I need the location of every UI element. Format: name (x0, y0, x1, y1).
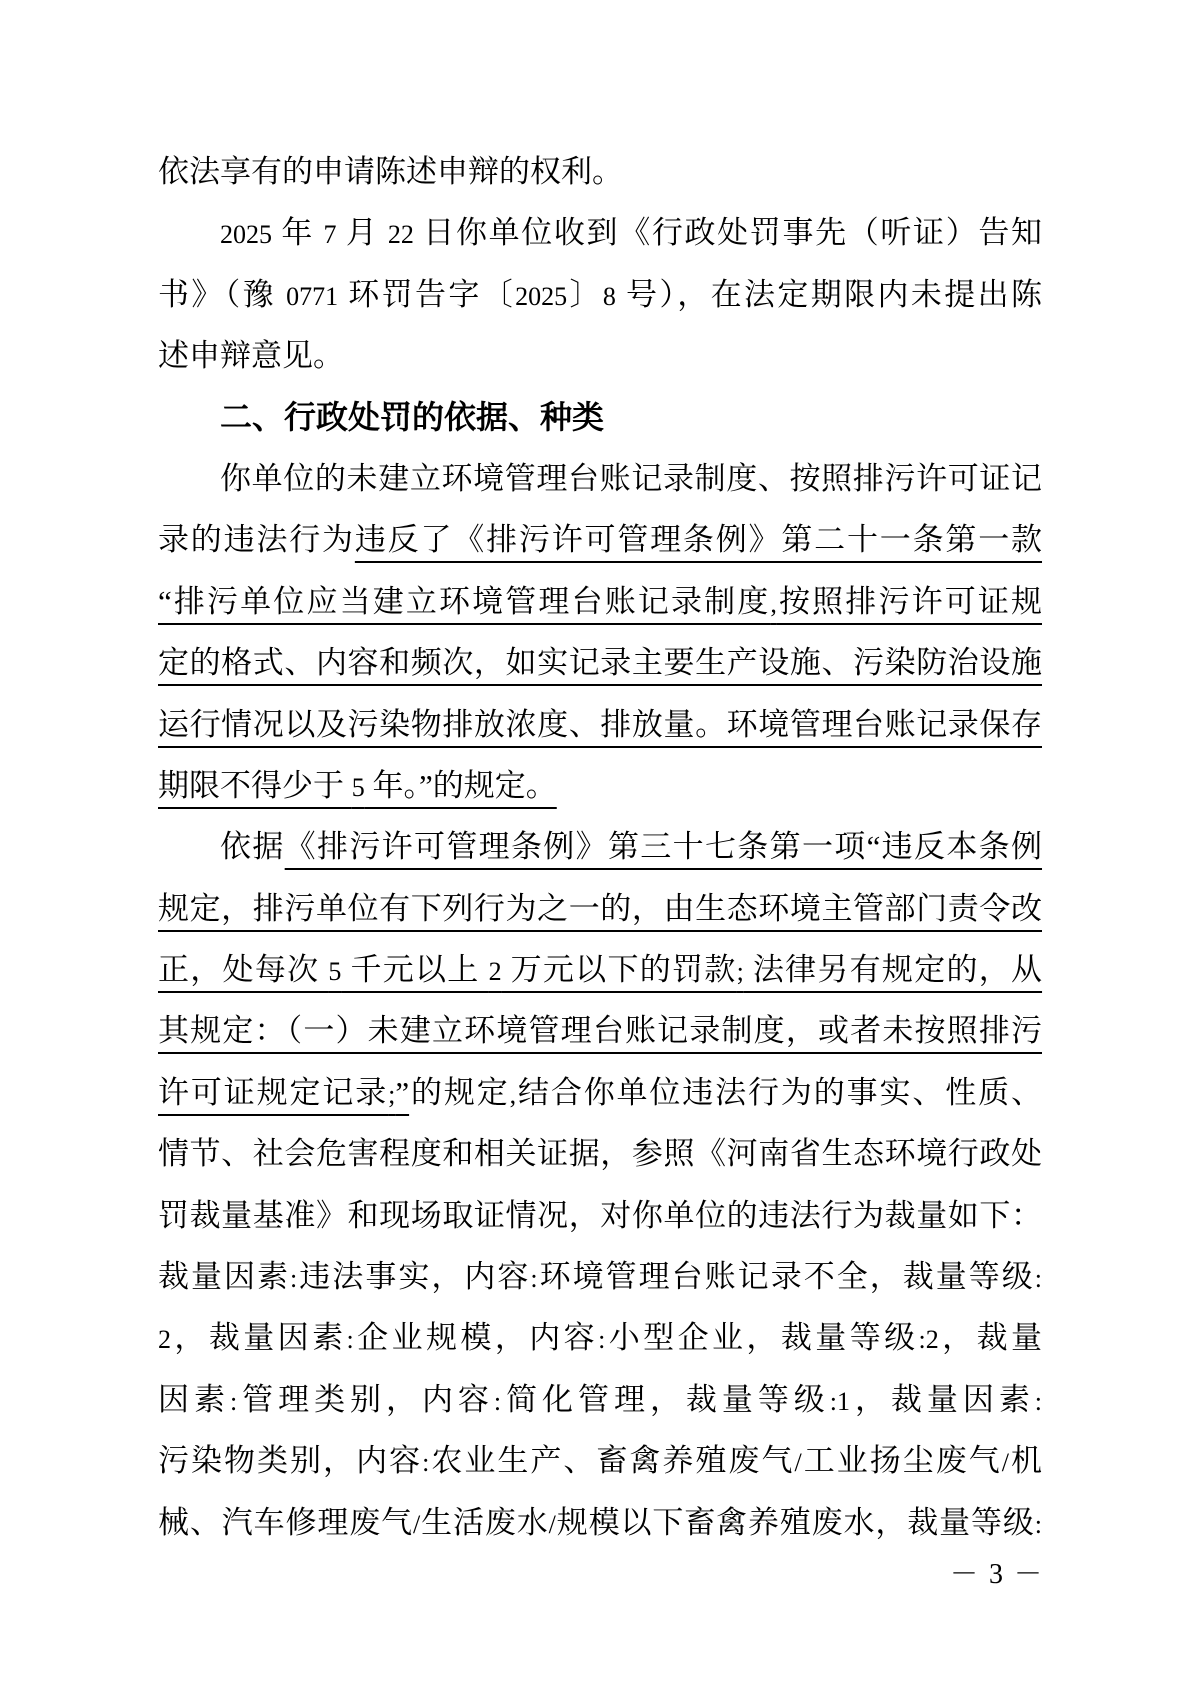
latin-text: : (494, 1387, 501, 1416)
text-line: 2，裁量因素:企业规模，内容:小型企业，裁量等级:2，裁量 (158, 1307, 1042, 1368)
underlined-text-run: 违反了《排污许可管理条例》第二十一条第一款 (355, 522, 1042, 557)
text-run: 污染物类别，内容:农业生产、畜禽养殖废气/工业扬尘废气/机 (158, 1443, 1042, 1478)
document-content: 依法享有的申请陈述申辩的权利。2025 年 7 月 22 日你单位收到《行政处罚… (158, 141, 1042, 1553)
latin-text: : (1035, 1264, 1042, 1293)
text-run: 2，裁量因素:企业规模，内容:小型企业，裁量等级:2，裁量 (158, 1320, 1042, 1355)
text-run: 你单位的未建立环境管理台账记录制度、按照排污许可证记 (220, 461, 1042, 496)
text-line: 情节、社会危害程度和相关证据，参照《河南省生态环境行政处 (158, 1123, 1042, 1184)
latin-text: : (422, 1448, 429, 1477)
latin-text: : (230, 1387, 237, 1416)
text-run: 因素:管理类别，内容:简化管理，裁量等级:1，裁量因素: (158, 1382, 1042, 1417)
text-line: 罚裁量基准》和现场取证情况，对你单位的违法行为裁量如下： (158, 1185, 1042, 1246)
latin-text: 2 (158, 1325, 171, 1354)
latin-text: 8 (603, 282, 616, 311)
text-line: 运行情况以及污染物排放浓度、排放量。环境管理台账记录保存 (158, 694, 1042, 755)
latin-text: 7 (323, 220, 336, 249)
text-line: 裁量因素:违法事实，内容:环境管理台账记录不全，裁量等级: (158, 1246, 1042, 1307)
text-line: 许可证规定记录;”的规定,结合你单位违法行为的事实、性质、 (158, 1062, 1042, 1123)
latin-text: 22 (388, 220, 414, 249)
text-run: 二、行政处罚的依据、种类 (220, 399, 604, 435)
underlined-text-run: 许可证规定记录;” (158, 1075, 409, 1110)
text-line: 械、汽车修理废气/生活废水/规模以下畜禽养殖废水，裁量等级: (158, 1492, 1042, 1553)
latin-text: ; (388, 1080, 395, 1109)
text-line: 因素:管理类别，内容:简化管理，裁量等级:1，裁量因素: (158, 1369, 1042, 1430)
latin-text: 5 (328, 957, 341, 986)
text-run: 2025 年 7 月 22 日你单位收到《行政处罚事先（听证）告知 (220, 215, 1042, 250)
text-line: 依据《排污许可管理条例》第三十七条第一项“违反本条例 (158, 816, 1042, 877)
latin-text: 5 (352, 773, 365, 802)
text-line: “排污单位应当建立环境管理台账记录制度,按照排污许可证规 (158, 571, 1042, 632)
latin-text: : (598, 1325, 605, 1354)
text-line: 依法享有的申请陈述申辩的权利。 (158, 141, 1042, 202)
text-line: 正，处每次 5 千元以上 2 万元以下的罚款; 法律另有规定的，从 (158, 939, 1042, 1000)
text-line: 2025 年 7 月 22 日你单位收到《行政处罚事先（听证）告知 (158, 202, 1042, 263)
text-run: 述申辩意见。 (158, 338, 344, 373)
latin-text: , (510, 1080, 517, 1109)
latin-text: / (413, 1510, 420, 1539)
text-line: 定的格式、内容和频次，如实记录主要生产设施、污染防治设施 (158, 632, 1042, 693)
text-run: 裁量因素:违法事实，内容:环境管理台账记录不全，裁量等级: (158, 1259, 1042, 1294)
text-line: 书》（豫 0771 环罚告字〔2025〕8 号），在法定期限内未提出陈 (158, 264, 1042, 325)
underlined-text-run: “排污单位应当建立环境管理台账记录制度,按照排污许可证规 (158, 584, 1042, 619)
latin-text: : (347, 1325, 354, 1354)
latin-text: 2 (489, 957, 502, 986)
text-run: 罚裁量基准》和现场取证情况，对你单位的违法行为裁量如下： (158, 1198, 1042, 1233)
latin-text: / (549, 1510, 556, 1539)
text-line: 期限不得少于 5 年。”的规定。 (158, 755, 1042, 816)
latin-text: :2 (919, 1325, 939, 1354)
latin-text: : (530, 1264, 537, 1293)
document-page: 依法享有的申请陈述申辩的权利。2025 年 7 月 22 日你单位收到《行政处罚… (0, 0, 1190, 1684)
text-line: 污染物类别，内容:农业生产、畜禽养殖废气/工业扬尘废气/机 (158, 1430, 1042, 1491)
latin-text: 2025 (515, 282, 567, 311)
underlined-text-run: 运行情况以及污染物排放浓度、排放量。环境管理台账记录保存 (158, 707, 1042, 742)
latin-text: :1 (830, 1387, 850, 1416)
latin-text: / (794, 1448, 801, 1477)
latin-text: ; (737, 957, 744, 986)
text-run: 依据 (220, 829, 285, 864)
latin-text: , (770, 589, 777, 618)
latin-text: : (1035, 1387, 1042, 1416)
text-line: 规定，排污单位有下列行为之一的，由生态环境主管部门责令改 (158, 878, 1042, 939)
underlined-text-run: 规定，排污单位有下列行为之一的，由生态环境主管部门责令改 (158, 891, 1042, 926)
latin-text: / (1002, 1448, 1009, 1477)
page-number: － 3 － (950, 1558, 1044, 1592)
latin-text: : (290, 1264, 297, 1293)
latin-text: 2025 (220, 220, 272, 249)
text-line: 述申辩意见。 (158, 325, 1042, 386)
underlined-text-run: 其规定：（一）未建立环境管理台账记录制度，或者未按照排污 (158, 1013, 1042, 1048)
text-run: 的规定,结合你单位违法行为的事实、性质、 (409, 1075, 1042, 1110)
text-run: 械、汽车修理废气/生活废水/规模以下畜禽养殖废水，裁量等级: (158, 1505, 1042, 1540)
text-line: 你单位的未建立环境管理台账记录制度、按照排污许可证记 (158, 448, 1042, 509)
underlined-text-run: 定的格式、内容和频次，如实记录主要生产设施、污染防治设施 (158, 645, 1042, 680)
text-line: 其规定：（一）未建立环境管理台账记录制度，或者未按照排污 (158, 1000, 1042, 1061)
text-run: 录的违法行为 (158, 522, 355, 557)
text-run: 书》（豫 0771 环罚告字〔2025〕8 号），在法定期限内未提出陈 (158, 277, 1042, 312)
latin-text: : (1035, 1510, 1042, 1539)
underlined-text-run: 《排污许可管理条例》第三十七条第一项“违反本条例 (285, 829, 1042, 864)
latin-text: 0771 (286, 282, 338, 311)
section-heading: 二、行政处罚的依据、种类 (158, 387, 1042, 448)
underlined-text-run: 正，处每次 5 千元以上 2 万元以下的罚款; 法律另有规定的，从 (158, 952, 1042, 987)
text-run: 依法享有的申请陈述申辩的权利。 (158, 154, 623, 189)
underlined-text-run: 期限不得少于 5 年。”的规定。 (158, 768, 557, 803)
text-line: 录的违法行为违反了《排污许可管理条例》第二十一条第一款 (158, 509, 1042, 570)
text-run: 情节、社会危害程度和相关证据，参照《河南省生态环境行政处 (158, 1136, 1042, 1171)
